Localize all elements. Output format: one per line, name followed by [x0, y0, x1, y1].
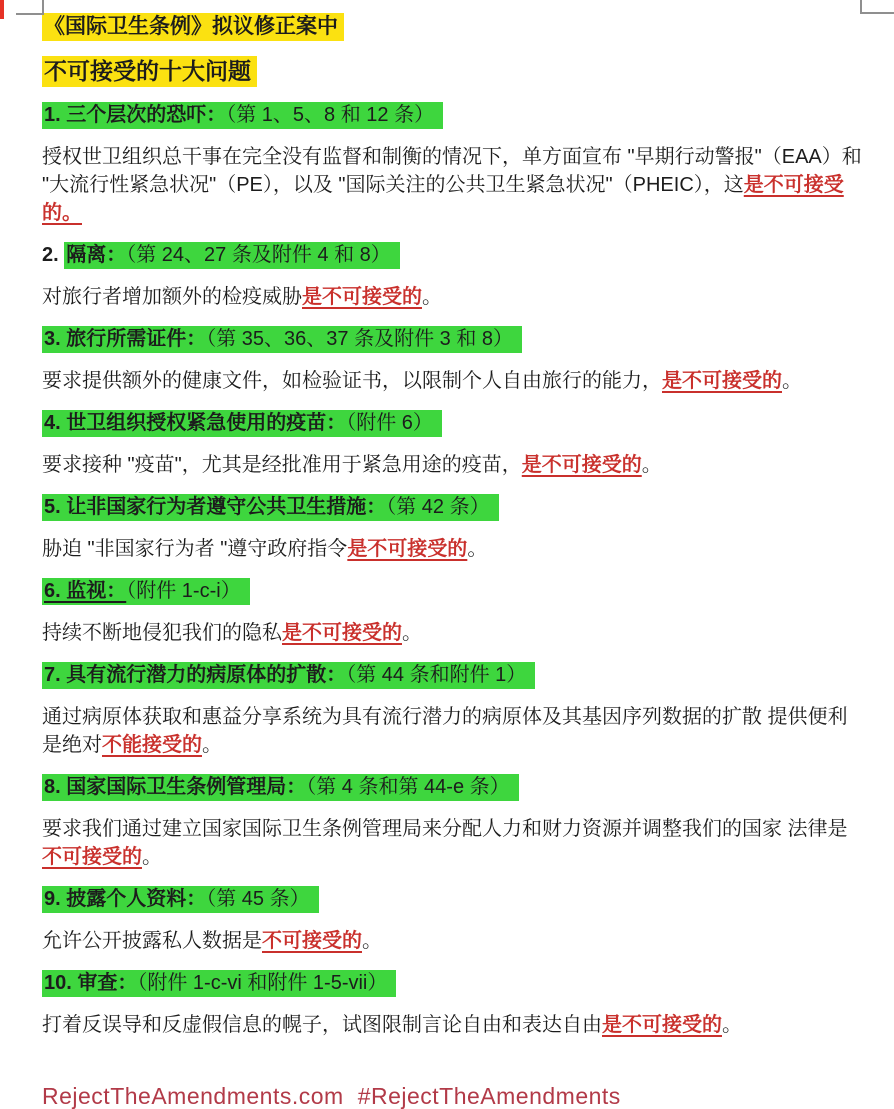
crop-mark-top-right-horizontal [860, 12, 894, 14]
item-body: 允许公开披露私人数据是不可接受的。 [42, 927, 864, 955]
item-heading: 1. 三个层次的恐吓：（第 1、5、8 和 12 条） [42, 101, 864, 129]
item-number: 2. [42, 244, 64, 266]
item-4: 4. 世卫组织授权紧急使用的疫苗：（附件 6） 要求接种 "疫苗"，尤其是经批准… [42, 409, 864, 479]
heading-note: （第 35、36、37 条及附件 3 和 8） [206, 328, 513, 350]
heading-bold-text: 4. 世卫组织授权紧急使用的疫苗： [44, 412, 346, 434]
item-heading: 7. 具有流行潜力的病原体的扩散：（第 44 条和附件 1） [42, 661, 864, 689]
body-text: 打着反误导和反虚假信息的幌子，试图限制言论自由和表达自由 [42, 1014, 602, 1036]
footer: RejectTheAmendments.com#RejectTheAmendme… [42, 1083, 864, 1109]
red-emphasis: 不可接受的 [262, 930, 362, 952]
item-body: 要求提供额外的健康文件，如检验证书，以限制个人自由旅行的能力，是不可接受的。 [42, 367, 864, 395]
body-text-end: 。 [202, 734, 222, 756]
item-3: 3. 旅行所需证件：（第 35、36、37 条及附件 3 和 8） 要求提供额外… [42, 325, 864, 395]
item-2: 2. 隔离：（第 24、27 条及附件 4 和 8） 对旅行者增加额外的检疫威胁… [42, 241, 864, 311]
red-emphasis: 是不可接受的 [522, 454, 642, 476]
item-heading: 5. 让非国家行为者遵守公共卫生措施：（第 42 条） [42, 493, 864, 521]
heading-bold-text: 3. 旅行所需证件： [44, 328, 206, 350]
body-text-end: 。 [362, 930, 382, 952]
heading-note: （附件 1-c-i） [126, 580, 240, 602]
item-body: 授权世卫组织总干事在完全没有监督和制衡的情况下，单方面宣布 "早期行动警报"（E… [42, 143, 864, 227]
item-body: 打着反误导和反虚假信息的幌子，试图限制言论自由和表达自由是不可接受的。 [42, 1011, 864, 1039]
item-body: 持续不断地侵犯我们的隐私是不可接受的。 [42, 619, 864, 647]
heading-bold-text: 9. 披露个人资料： [44, 888, 206, 910]
item-body: 胁迫 "非国家行为者 "遵守政府指令是不可接受的。 [42, 535, 864, 563]
body-text: 持续不断地侵犯我们的隐私 [42, 622, 282, 644]
red-emphasis: 是不可接受的 [602, 1014, 722, 1036]
body-text-end: 。 [402, 622, 422, 644]
body-text: 授权世卫组织总干事在完全没有监督和制衡的情况下，单方面宣布 "早期行动警报"（E… [42, 146, 862, 196]
item-heading: 10. 审查：（附件 1-c-vi 和附件 1-5-vii） [42, 969, 864, 997]
item-8: 8. 国家国际卫生条例管理局：（第 4 条和第 44-e 条） 要求我们通过建立… [42, 773, 864, 871]
heading-highlight: 3. 旅行所需证件：（第 35、36、37 条及附件 3 和 8） [42, 326, 522, 353]
page-title: 《国际卫生条例》拟议修正案中 [42, 12, 864, 42]
body-text-end: 。 [782, 370, 802, 392]
heading-note: （第 42 条） [386, 496, 489, 518]
footer-site-url: RejectTheAmendments.com [42, 1083, 344, 1109]
body-text-end: 。 [467, 538, 487, 560]
heading-bold-text: 7. 具有流行潜力的病原体的扩散： [44, 664, 346, 686]
heading-highlight: 9. 披露个人资料：（第 45 条） [42, 886, 319, 913]
page-subtitle: 不可接受的十大问题 [42, 55, 864, 87]
heading-highlight: 10. 审查：（附件 1-c-vi 和附件 1-5-vii） [42, 970, 396, 997]
heading-highlight: 8. 国家国际卫生条例管理局：（第 4 条和第 44-e 条） [42, 774, 519, 801]
item-heading: 6. 监视：（附件 1-c-i） [42, 577, 864, 605]
heading-highlight: 隔离：（第 24、27 条及附件 4 和 8） [64, 242, 400, 269]
heading-highlight: 1. 三个层次的恐吓：（第 1、5、8 和 12 条） [42, 102, 443, 129]
heading-note: （附件 1-c-vi 和附件 1-5-vii） [137, 972, 387, 994]
body-text: 对旅行者增加额外的检疫威胁 [42, 286, 302, 308]
heading-highlight: 5. 让非国家行为者遵守公共卫生措施：（第 42 条） [42, 494, 499, 521]
heading-note: （附件 6） [346, 412, 433, 434]
body-text: 要求我们通过建立国家国际卫生条例管理局来分配人力和财力资源并调整我们的国家 法律… [42, 818, 848, 840]
item-9: 9. 披露个人资料：（第 45 条） 允许公开披露私人数据是不可接受的。 [42, 885, 864, 955]
item-6: 6. 监视：（附件 1-c-i） 持续不断地侵犯我们的隐私是不可接受的。 [42, 577, 864, 647]
item-7: 7. 具有流行潜力的病原体的扩散：（第 44 条和附件 1） 通过病原体获取和惠… [42, 661, 864, 759]
title-highlight: 《国际卫生条例》拟议修正案中 [42, 13, 344, 41]
heading-bold-text: 隔离： [66, 244, 126, 266]
body-text: 胁迫 "非国家行为者 "遵守政府指令 [42, 538, 347, 560]
heading-highlight: 7. 具有流行潜力的病原体的扩散：（第 44 条和附件 1） [42, 662, 535, 689]
item-heading: 4. 世卫组织授权紧急使用的疫苗：（附件 6） [42, 409, 864, 437]
red-emphasis: 是不可接受的 [662, 370, 782, 392]
heading-bold-text: 1. 三个层次的恐吓： [44, 104, 226, 126]
crop-mark-top-left-vertical [42, 0, 44, 14]
item-heading: 8. 国家国际卫生条例管理局：（第 4 条和第 44-e 条） [42, 773, 864, 801]
item-heading: 2. 隔离：（第 24、27 条及附件 4 和 8） [42, 241, 864, 269]
heading-bold-text: 8. 国家国际卫生条例管理局： [44, 776, 306, 798]
red-emphasis: 不能接受的 [102, 734, 202, 756]
item-10: 10. 审查：（附件 1-c-vi 和附件 1-5-vii） 打着反误导和反虚假… [42, 969, 864, 1039]
body-text-end: 。 [642, 454, 662, 476]
item-body: 通过病原体获取和惠益分享系统为具有流行潜力的病原体及其基因序列数据的扩散 提供便… [42, 703, 864, 759]
body-text: 要求接种 "疫苗"，尤其是经批准用于紧急用途的疫苗， [42, 454, 522, 476]
body-text: 允许公开披露私人数据是 [42, 930, 262, 952]
footer-hashtag: #RejectTheAmendments [358, 1083, 621, 1109]
item-heading: 3. 旅行所需证件：（第 35、36、37 条及附件 3 和 8） [42, 325, 864, 353]
red-scan-mark [0, 0, 4, 19]
subtitle-highlight: 不可接受的十大问题 [42, 56, 257, 87]
red-emphasis: 是不可接受的 [347, 538, 467, 560]
heading-highlight: 4. 世卫组织授权紧急使用的疫苗：（附件 6） [42, 410, 442, 437]
body-text: 要求提供额外的健康文件，如检验证书，以限制个人自由旅行的能力， [42, 370, 662, 392]
body-text-end: 。 [422, 286, 442, 308]
red-emphasis: 是不可接受的 [282, 622, 402, 644]
item-heading: 9. 披露个人资料：（第 45 条） [42, 885, 864, 913]
red-emphasis: 是不可接受的 [302, 286, 422, 308]
item-5: 5. 让非国家行为者遵守公共卫生措施：（第 42 条） 胁迫 "非国家行为者 "… [42, 493, 864, 563]
body-text-end: 。 [722, 1014, 742, 1036]
item-body: 对旅行者增加额外的检疫威胁是不可接受的。 [42, 283, 864, 311]
heading-note: （第 24、27 条及附件 4 和 8） [126, 244, 391, 266]
red-emphasis: 不可接受的 [42, 846, 142, 868]
item-body: 要求我们通过建立国家国际卫生条例管理局来分配人力和财力资源并调整我们的国家 法律… [42, 815, 864, 871]
heading-note: （第 45 条） [206, 888, 309, 910]
item-1: 1. 三个层次的恐吓：（第 1、5、8 和 12 条） 授权世卫组织总干事在完全… [42, 101, 864, 227]
heading-bold-text: 10. 审查： [44, 972, 137, 994]
heading-highlight: 6. 监视：（附件 1-c-i） [42, 578, 250, 605]
heading-note: （第 1、5、8 和 12 条） [226, 104, 434, 126]
crop-mark-top-left-horizontal [16, 13, 44, 15]
heading-bold-text: 5. 让非国家行为者遵守公共卫生措施： [44, 496, 386, 518]
heading-bold-text: 6. 监视： [44, 580, 126, 602]
heading-note: （第 44 条和附件 1） [346, 664, 526, 686]
heading-note: （第 4 条和第 44-e 条） [306, 776, 509, 798]
document-page: 《国际卫生条例》拟议修正案中 不可接受的十大问题 1. 三个层次的恐吓：（第 1… [0, 0, 894, 1109]
body-text-end: 。 [142, 846, 162, 868]
item-body: 要求接种 "疫苗"，尤其是经批准用于紧急用途的疫苗，是不可接受的。 [42, 451, 864, 479]
